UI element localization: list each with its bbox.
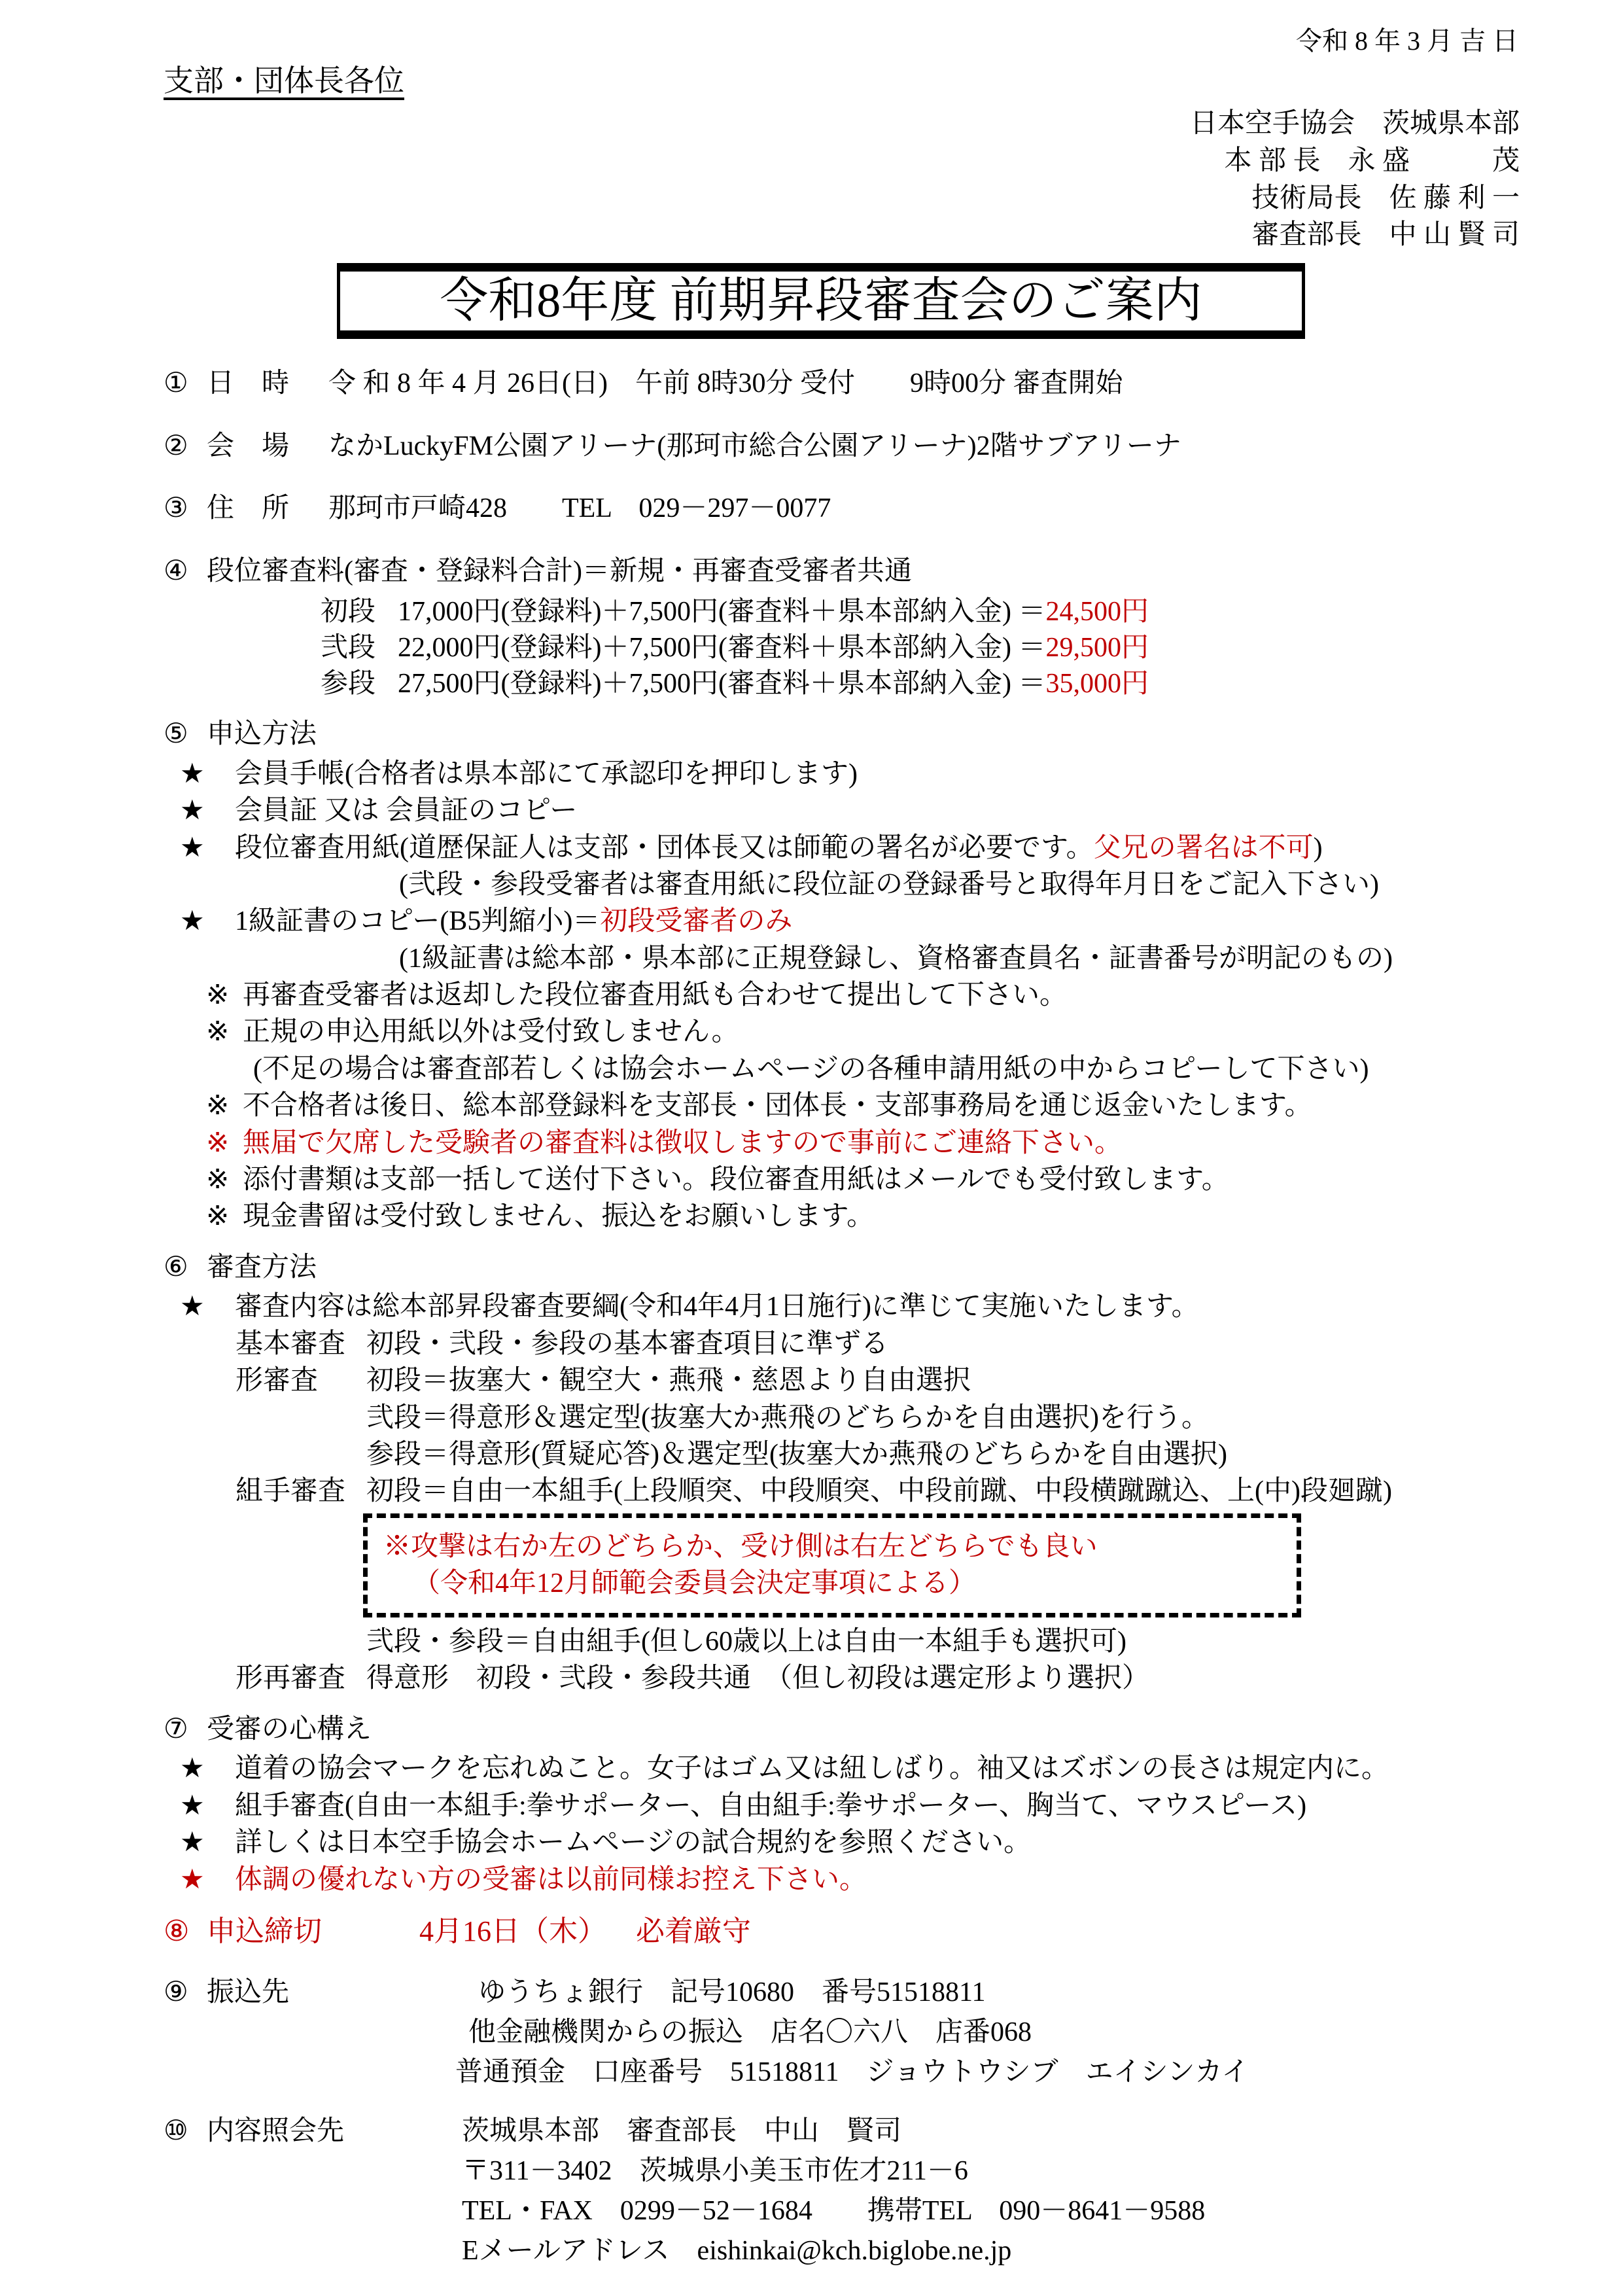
bank-label: 振込先 <box>207 1973 423 2013</box>
apply-subnote: (1級証書は総本部・県本部に正規登録し、資格審査員名・証書番号が明記のもの) <box>399 942 1525 975</box>
apply-bullet: ★ 段位審査用紙(道歴保証人は支部・団体長又は師範の署名が必要です。父兄の署名は… <box>180 832 1525 864</box>
callout-line: ※攻撃は右か左のどちらか、受け側は右左どちらでも良い <box>383 1528 1281 1566</box>
recipient: 支部・団体長各位 <box>164 63 404 99</box>
note-text: 添付書類は支部一括して送付下さい。段位審査用紙はメールでも受付致します。 <box>243 1163 1229 1196</box>
fee-grade: 初段 <box>321 594 398 630</box>
sender-officer-line: 本 部 長 永 盛 茂 <box>164 143 1525 180</box>
apply-note: ※ 不合格者は後日、総本部登録料を支部長・団体長・支部事務局を通じ返金いたします… <box>206 1089 1525 1122</box>
method-row-text: 弐段・参段＝自由組手(但し60歳以上は自由一本組手も選択可) <box>366 1625 1525 1658</box>
reference-mark-icon: ※ <box>206 979 243 1012</box>
document-title: 令和8年度 前期昇段審査会のご案内 <box>337 263 1305 339</box>
method-row-text: 弐段＝得意形＆選定型(抜塞大か燕飛のどちらかを自由選択)を行う。 <box>366 1402 1525 1434</box>
item-label: 会 場 <box>207 431 328 463</box>
star-icon: ★ <box>180 1752 235 1785</box>
star-icon: ★ <box>180 794 235 827</box>
sender-officer-line: 審査部長 中 山 賢 司 <box>164 217 1525 254</box>
bullet-text-red: 父兄の署名は不可 <box>1094 833 1314 863</box>
contact-line: 茨城県本部 審査部長 中山 賢司 <box>423 2111 1205 2151</box>
item-number: ① <box>164 368 207 400</box>
fee-row: 弐段 22,000円(登録料)＋7,500円(審査料＋県本部納入金) ＝ 29,… <box>321 630 1525 666</box>
apply-subnote: (不足の場合は審査部若しくは協会ホームページの各種申請用紙の中からコピーして下さ… <box>253 1053 1525 1086</box>
apply-note: ※ 再審査受審者は返却した段位審査用紙も合わせて提出して下さい。 <box>206 979 1525 1012</box>
bullet-text: 道着の協会マークを忘れぬこと。女子はゴム又は紐しばり。袖又はズボンの長さは規定内… <box>235 1752 1389 1785</box>
item-number: ⑦ <box>164 1714 207 1746</box>
apply-note-warning: ※ 無届で欠席した受験者の審査料は徴収しますので事前にご連絡下さい。 <box>206 1127 1525 1159</box>
method-row-label: 基本審査 <box>236 1328 366 1360</box>
apply-note: ※ 現金書留は受付致しません、振込をお願いします。 <box>206 1200 1525 1233</box>
item-number: ⑥ <box>164 1252 207 1284</box>
fee-total: 35,000円 <box>1045 666 1149 702</box>
apply-note: ※ 添付書類は支部一括して送付下さい。段位審査用紙はメールでも受付致します。 <box>206 1163 1525 1196</box>
contact-label: 内容照会先 <box>207 2111 423 2151</box>
sender-block: 日本空手協会 茨城県本部 本 部 長 永 盛 茂 技術局長 佐 藤 利 一 審査… <box>164 105 1525 254</box>
mindset-bullet: ★ 道着の協会マークを忘れぬこと。女子はゴム又は紐しばり。袖又はズボンの長さは規… <box>180 1752 1525 1785</box>
bullet-text: 会員証 又は 会員証のコピー <box>235 794 577 827</box>
deadline-date: 4月16日（木） <box>419 1915 606 1949</box>
method-row-text: 参段＝得意形(質疑応答)＆選定型(抜塞大か燕飛のどちらかを自由選択) <box>366 1438 1525 1471</box>
item-number: ② <box>164 431 207 463</box>
contact-line: Eメールアドレス eishinkai@kch.biglobe.ne.jp <box>423 2231 1205 2271</box>
contact-line: TEL・FAX 0299－52－1684 携帯TEL 090－8641－9588 <box>423 2191 1205 2231</box>
method-row-text: 得意形 初段・弐段・参段共通 （但し初段は選定形より選択） <box>366 1662 1149 1695</box>
contact-details: 茨城県本部 審査部長 中山 賢司 〒311－3402 茨城県小美玉市佐才211－… <box>423 2111 1205 2271</box>
sender-officer-line: 技術局長 佐 藤 利 一 <box>164 180 1525 217</box>
mindset-heading-row: ⑦ 受審の心構え <box>164 1714 1525 1746</box>
apply-subnote: (弐段・参段受審者は審査用紙に段位証の登録番号と取得年月日をご記入下さい) <box>399 868 1525 901</box>
reference-mark-icon: ※ <box>206 1016 243 1048</box>
callout-line: （令和4年12月師範会委員会決定事項による） <box>383 1565 1281 1602</box>
reference-mark-icon: ※ <box>206 1089 243 1122</box>
document-page: 令和 8 年 3 月 吉 日 支部・団体長各位 日本空手協会 茨城県本部 本 部… <box>0 0 1623 2296</box>
item-number: ④ <box>164 556 207 588</box>
item-number: ⑨ <box>164 1973 207 2013</box>
fee-grade: 参段 <box>321 666 398 702</box>
bullet-text: 会員手帳(合格者は県本部にて承認印を押印します) <box>235 758 858 790</box>
issue-date: 令和 8 年 3 月 吉 日 <box>164 26 1525 56</box>
method-row-kata: 形審査 初段＝抜塞大・観空大・燕飛・慈恩より自由選択 <box>236 1364 1525 1397</box>
mindset-bullet: ★ 組手審査(自由一本組手:拳サポーター、自由組手:拳サポーター、胸当て、マウス… <box>180 1790 1525 1822</box>
note-text: 現金書留は受付致しません、振込をお願いします。 <box>243 1200 874 1233</box>
item-label: 日 時 <box>207 368 328 400</box>
item-number: ③ <box>164 493 207 525</box>
bank-line: 普通預金 口座番号 51518811 ジョウトウシブ エイシンカイ <box>423 2053 1249 2093</box>
deadline-note: 必着厳守 <box>636 1915 751 1949</box>
fee-formula: 22,000円(登録料)＋7,500円(審査料＋県本部納入金) ＝ <box>398 630 1045 666</box>
item-text: 那珂市戸崎428 TEL 029－297－0077 <box>328 493 831 525</box>
item-label: 住 所 <box>207 493 328 525</box>
method-row-label: 形再審査 <box>236 1662 366 1695</box>
apply-heading-row: ⑤ 申込方法 <box>164 718 1525 751</box>
method-row-basic: 基本審査 初段・弐段・参段の基本審査項目に準ずる <box>236 1328 1525 1360</box>
star-icon: ★ <box>180 905 235 938</box>
sender-org: 日本空手協会 茨城県本部 <box>164 105 1525 143</box>
mindset-bullet-warning: ★ 体調の優れない方の受審は以前同様お控え下さい。 <box>180 1863 1525 1896</box>
fee-grade: 弐段 <box>321 630 398 666</box>
item-number: ⑤ <box>164 718 207 751</box>
fees-heading: 段位審査料(審査・登録料合計)＝新規・再審査受審者共通 <box>207 556 912 588</box>
bullet-text: 1級証書のコピー(B5判縮小)＝初段受審者のみ <box>235 905 792 938</box>
bullet-text-red: 初段受審者のみ <box>600 906 792 936</box>
note-text: 正規の申込用紙以外は受付致しません。 <box>243 1016 739 1048</box>
mindset-heading: 受審の心構え <box>207 1714 372 1746</box>
item-apply: ⑤ 申込方法 ★ 会員手帳(合格者は県本部にて承認印を押印します) ★ 会員証 … <box>164 718 1525 1233</box>
method-bullet: ★ 審査内容は総本部昇段審査要綱(令和4年4月1日施行)に準じて実施いたします。 <box>180 1290 1525 1323</box>
bullet-text: 詳しくは日本空手協会ホームページの試合規約を参照ください。 <box>235 1826 1031 1859</box>
fee-row: 参段 27,500円(登録料)＋7,500円(審査料＋県本部納入金) ＝ 35,… <box>321 666 1525 702</box>
item-datetime: ① 日 時 令 和 8 年 4 月 26日(日) 午前 8時30分 受付 9時0… <box>164 368 1525 400</box>
bank-line: 他金融機関からの振込 店名〇六八 店番068 <box>423 2013 1249 2053</box>
fee-total: 29,500円 <box>1045 630 1149 666</box>
bullet-text: 段位審査用紙(道歴保証人は支部・団体長又は師範の署名が必要です。父兄の署名は不可… <box>235 832 1323 864</box>
item-fees: ④ 段位審査料(審査・登録料合計)＝新規・再審査受審者共通 初段 17,000円… <box>164 556 1525 701</box>
reference-mark-icon: ※ <box>206 1127 243 1159</box>
fee-total: 24,500円 <box>1045 594 1149 630</box>
bank-line: ゆうちょ銀行 記号10680 番号51518811 <box>423 1973 1249 2013</box>
note-text: 再審査受審者は返却した段位審査用紙も合わせて提出して下さい。 <box>243 979 1067 1012</box>
method-row-text: 初段＝自由一本組手(上段順突、中段順突、中段前蹴、中段横蹴蹴込、上(中)段廻蹴) <box>366 1475 1392 1508</box>
deadline-label: 申込締切 <box>207 1915 419 1949</box>
method-row-rekata: 形再審査 得意形 初段・弐段・参段共通 （但し初段は選定形より選択） <box>236 1662 1525 1695</box>
method-row-text: 初段・弐段・参段の基本審査項目に準ずる <box>366 1328 888 1360</box>
item-contact: ⑩ 内容照会先 茨城県本部 審査部長 中山 賢司 〒311－3402 茨城県小美… <box>164 2111 1525 2271</box>
apply-note: ※ 正規の申込用紙以外は受付致しません。 <box>206 1016 1525 1048</box>
method-row-text: 初段＝抜塞大・観空大・燕飛・慈恩より自由選択 <box>366 1364 971 1397</box>
note-text: 無届で欠席した受験者の審査料は徴収しますので事前にご連絡下さい。 <box>243 1127 1122 1159</box>
fee-row: 初段 17,000円(登録料)＋7,500円(審査料＋県本部納入金) ＝ 24,… <box>321 594 1525 630</box>
method-heading: 審査方法 <box>207 1252 317 1284</box>
method-row-label: 形審査 <box>236 1364 366 1397</box>
star-icon: ★ <box>180 1826 235 1859</box>
method-heading-row: ⑥ 審査方法 <box>164 1252 1525 1284</box>
bullet-text: 組手審査(自由一本組手:拳サポーター、自由組手:拳サポーター、胸当て、マウスピー… <box>235 1790 1306 1822</box>
item-text: なかLuckyFM公園アリーナ(那珂市総合公園アリーナ)2階サブアリーナ <box>328 431 1181 463</box>
mindset-bullet: ★ 詳しくは日本空手協会ホームページの試合規約を参照ください。 <box>180 1826 1525 1859</box>
bullet-text: 審査内容は総本部昇段審査要綱(令和4年4月1日施行)に準じて実施いたします。 <box>235 1290 1199 1323</box>
kumite-rule-callout-box: ※攻撃は右か左のどちらか、受け側は右左どちらでも良い （令和4年12月師範会委員… <box>363 1513 1301 1617</box>
item-number: ⑧ <box>164 1915 207 1949</box>
item-text: 令 和 8 年 4 月 26日(日) 午前 8時30分 受付 9時00分 審査開… <box>328 368 1123 400</box>
star-icon: ★ <box>180 1790 235 1822</box>
fee-formula: 17,000円(登録料)＋7,500円(審査料＋県本部納入金) ＝ <box>398 594 1045 630</box>
reference-mark-icon: ※ <box>206 1200 243 1233</box>
item-method: ⑥ 審査方法 ★ 審査内容は総本部昇段審査要綱(令和4年4月1日施行)に準じて実… <box>164 1252 1525 1695</box>
star-icon: ★ <box>180 832 235 864</box>
apply-bullet: ★ 1級証書のコピー(B5判縮小)＝初段受審者のみ <box>180 905 1525 938</box>
item-bank: ⑨ 振込先 ゆうちょ銀行 記号10680 番号51518811 他金融機関からの… <box>164 1973 1525 2093</box>
bullet-text: 体調の優れない方の受審は以前同様お控え下さい。 <box>235 1863 867 1896</box>
fees-heading-row: ④ 段位審査料(審査・登録料合計)＝新規・再審査受審者共通 <box>164 556 1525 588</box>
reference-mark-icon: ※ <box>206 1163 243 1196</box>
note-text: 不合格者は後日、総本部登録料を支部長・団体長・支部事務局を通じ返金いたします。 <box>243 1089 1312 1122</box>
item-deadline: ⑧ 申込締切 4月16日（木） 必着厳守 <box>164 1915 1525 1949</box>
method-row-label: 組手審査 <box>236 1475 366 1508</box>
star-icon: ★ <box>180 1290 235 1323</box>
item-address: ③ 住 所 那珂市戸崎428 TEL 029－297－0077 <box>164 493 1525 525</box>
star-icon: ★ <box>180 758 235 790</box>
contact-line: 〒311－3402 茨城県小美玉市佐才211－6 <box>423 2151 1205 2191</box>
method-row-kumite: 組手審査 初段＝自由一本組手(上段順突、中段順突、中段前蹴、中段横蹴蹴込、上(中… <box>236 1475 1525 1508</box>
apply-bullet: ★ 会員手帳(合格者は県本部にて承認印を押印します) <box>180 758 1525 790</box>
star-icon: ★ <box>180 1863 235 1896</box>
apply-bullet: ★ 会員証 又は 会員証のコピー <box>180 794 1525 827</box>
item-venue: ② 会 場 なかLuckyFM公園アリーナ(那珂市総合公園アリーナ)2階サブアリ… <box>164 431 1525 463</box>
item-number: ⑩ <box>164 2111 207 2151</box>
bank-details: ゆうちょ銀行 記号10680 番号51518811 他金融機関からの振込 店名〇… <box>423 1973 1249 2093</box>
item-mindset: ⑦ 受審の心構え ★ 道着の協会マークを忘れぬこと。女子はゴム又は紐しばり。袖又… <box>164 1714 1525 1896</box>
apply-heading: 申込方法 <box>207 718 317 751</box>
fee-formula: 27,500円(登録料)＋7,500円(審査料＋県本部納入金) ＝ <box>398 666 1045 702</box>
